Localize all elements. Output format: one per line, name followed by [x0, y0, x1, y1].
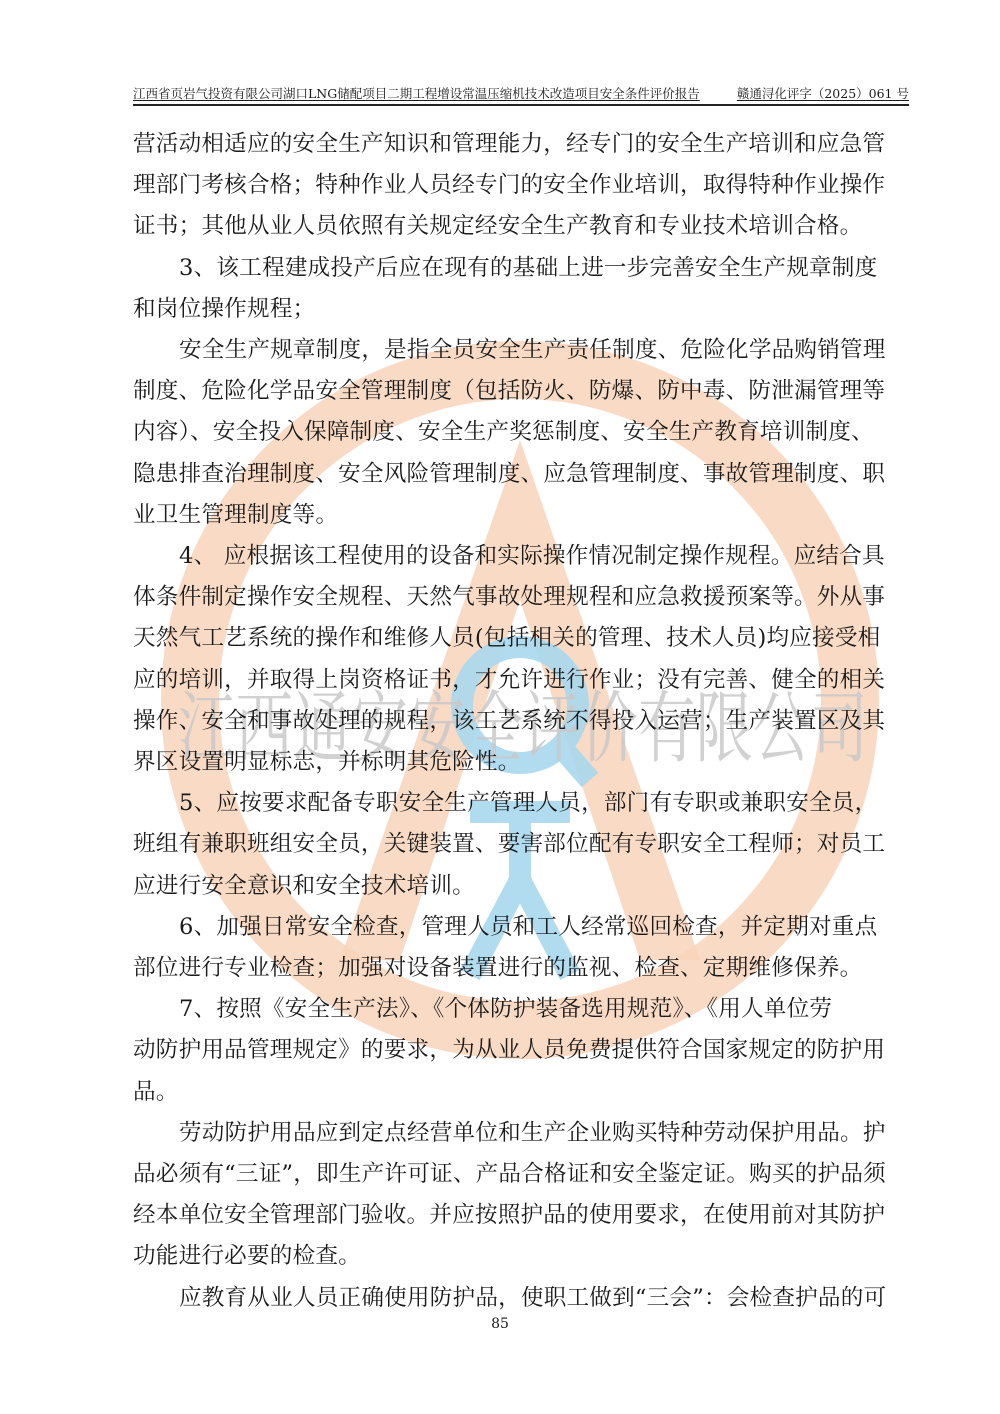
text-line: 班组有兼职班组安全员，关键装置、要害部位配有专职安全工程师；对员工: [133, 824, 909, 865]
document-page: 江西通安安全评价有限公司 江西省页岩气投资有限公司湖口LNG储配项目二期工程增设…: [0, 0, 1000, 1414]
text-line: 体条件制定操作安全规程、天然气事故处理规程和应急救援预案等。外从事: [133, 577, 909, 618]
text-line: 品必须有“三证”，即生产许可证、产品合格证和安全鉴定证。购买的护品须: [133, 1154, 909, 1195]
text-line: 理部门考核合格；特种作业人员经专门的安全作业培训，取得特种作业操作: [133, 165, 909, 206]
text-line: 应进行安全意识和安全技术培训。: [133, 866, 909, 907]
text-line: 制度、危险化学品安全管理制度（包括防火、防爆、防中毒、防泄漏管理等: [133, 371, 909, 412]
text-line: 内容）、安全投入保障制度、安全生产奖惩制度、安全生产教育培训制度、: [133, 412, 909, 453]
report-number: 赣通浔化评字（2025）061 号: [737, 84, 909, 102]
text-line: 应教育从业人员正确使用防护品，使职工做到“三会”：会检查护品的可: [133, 1278, 909, 1319]
text-line: 隐患排查治理制度、安全风险管理制度、应急管理制度、事故管理制度、职: [133, 454, 909, 495]
text-line: 应的培训，并取得上岗资格证书，才允许进行作业；没有完善、健全的相关: [133, 660, 909, 701]
text-line: 证书；其他从业人员依照有关规定经安全生产教育和专业技术培训合格。: [133, 206, 909, 247]
text-line: 劳动防护用品应到定点经营单位和生产企业购买特种劳动保护用品。护: [133, 1113, 909, 1154]
text-line: 安全生产规章制度，是指全员安全生产责任制度、危险化学品购销管理: [133, 330, 909, 371]
page-number: 85: [0, 1316, 1000, 1332]
text-line: 营活动相适应的安全生产知识和管理能力，经专门的安全生产培训和应急管: [133, 124, 909, 165]
text-line: 6、加强日常安全检查，管理人员和工人经常巡回检查，并定期对重点: [133, 907, 909, 948]
text-line: 7、按照《安全生产法》、《个体防护装备选用规范》、《用人单位劳: [133, 989, 909, 1030]
text-line: 经本单位安全管理部门验收。并应按照护品的使用要求，在使用前对其防护: [133, 1195, 909, 1236]
report-title: 江西省页岩气投资有限公司湖口LNG储配项目二期工程增设常温压缩机技术改造项目安全…: [133, 84, 700, 102]
text-line: 5、应按要求配备专职安全生产管理人员，部门有专职或兼职安全员，: [133, 783, 909, 824]
text-line: 业卫生管理制度等。: [133, 495, 909, 536]
text-line: 天然气工艺系统的操作和维修人员(包括相关的管理、技术人员)均应接受相: [133, 618, 909, 659]
body-text: 营活动相适应的安全生产知识和管理能力，经专门的安全生产培训和应急管理部门考核合格…: [133, 124, 909, 1319]
text-line: 品。: [133, 1072, 909, 1113]
text-line: 部位进行专业检查；加强对设备装置进行的监视、检查、定期维修保养。: [133, 948, 909, 989]
text-line: 界区设置明显标志，并标明其危险性。: [133, 742, 909, 783]
text-line: 3、该工程建成投产后应在现有的基础上进一步完善安全生产规章制度: [133, 248, 909, 289]
text-line: 4、 应根据该工程使用的设备和实际操作情况制定操作规程。应结合具: [133, 536, 909, 577]
text-line: 动防护用品管理规定》的要求，为从业人员免费提供符合国家规定的防护用: [133, 1030, 909, 1071]
text-line: 和岗位操作规程；: [133, 289, 909, 330]
page-header: 江西省页岩气投资有限公司湖口LNG储配项目二期工程增设常温压缩机技术改造项目安全…: [133, 80, 909, 106]
text-line: 功能进行必要的检查。: [133, 1236, 909, 1277]
text-line: 操作、安全和事故处理的规程，该工艺系统不得投入运营；生产装置区及其: [133, 701, 909, 742]
